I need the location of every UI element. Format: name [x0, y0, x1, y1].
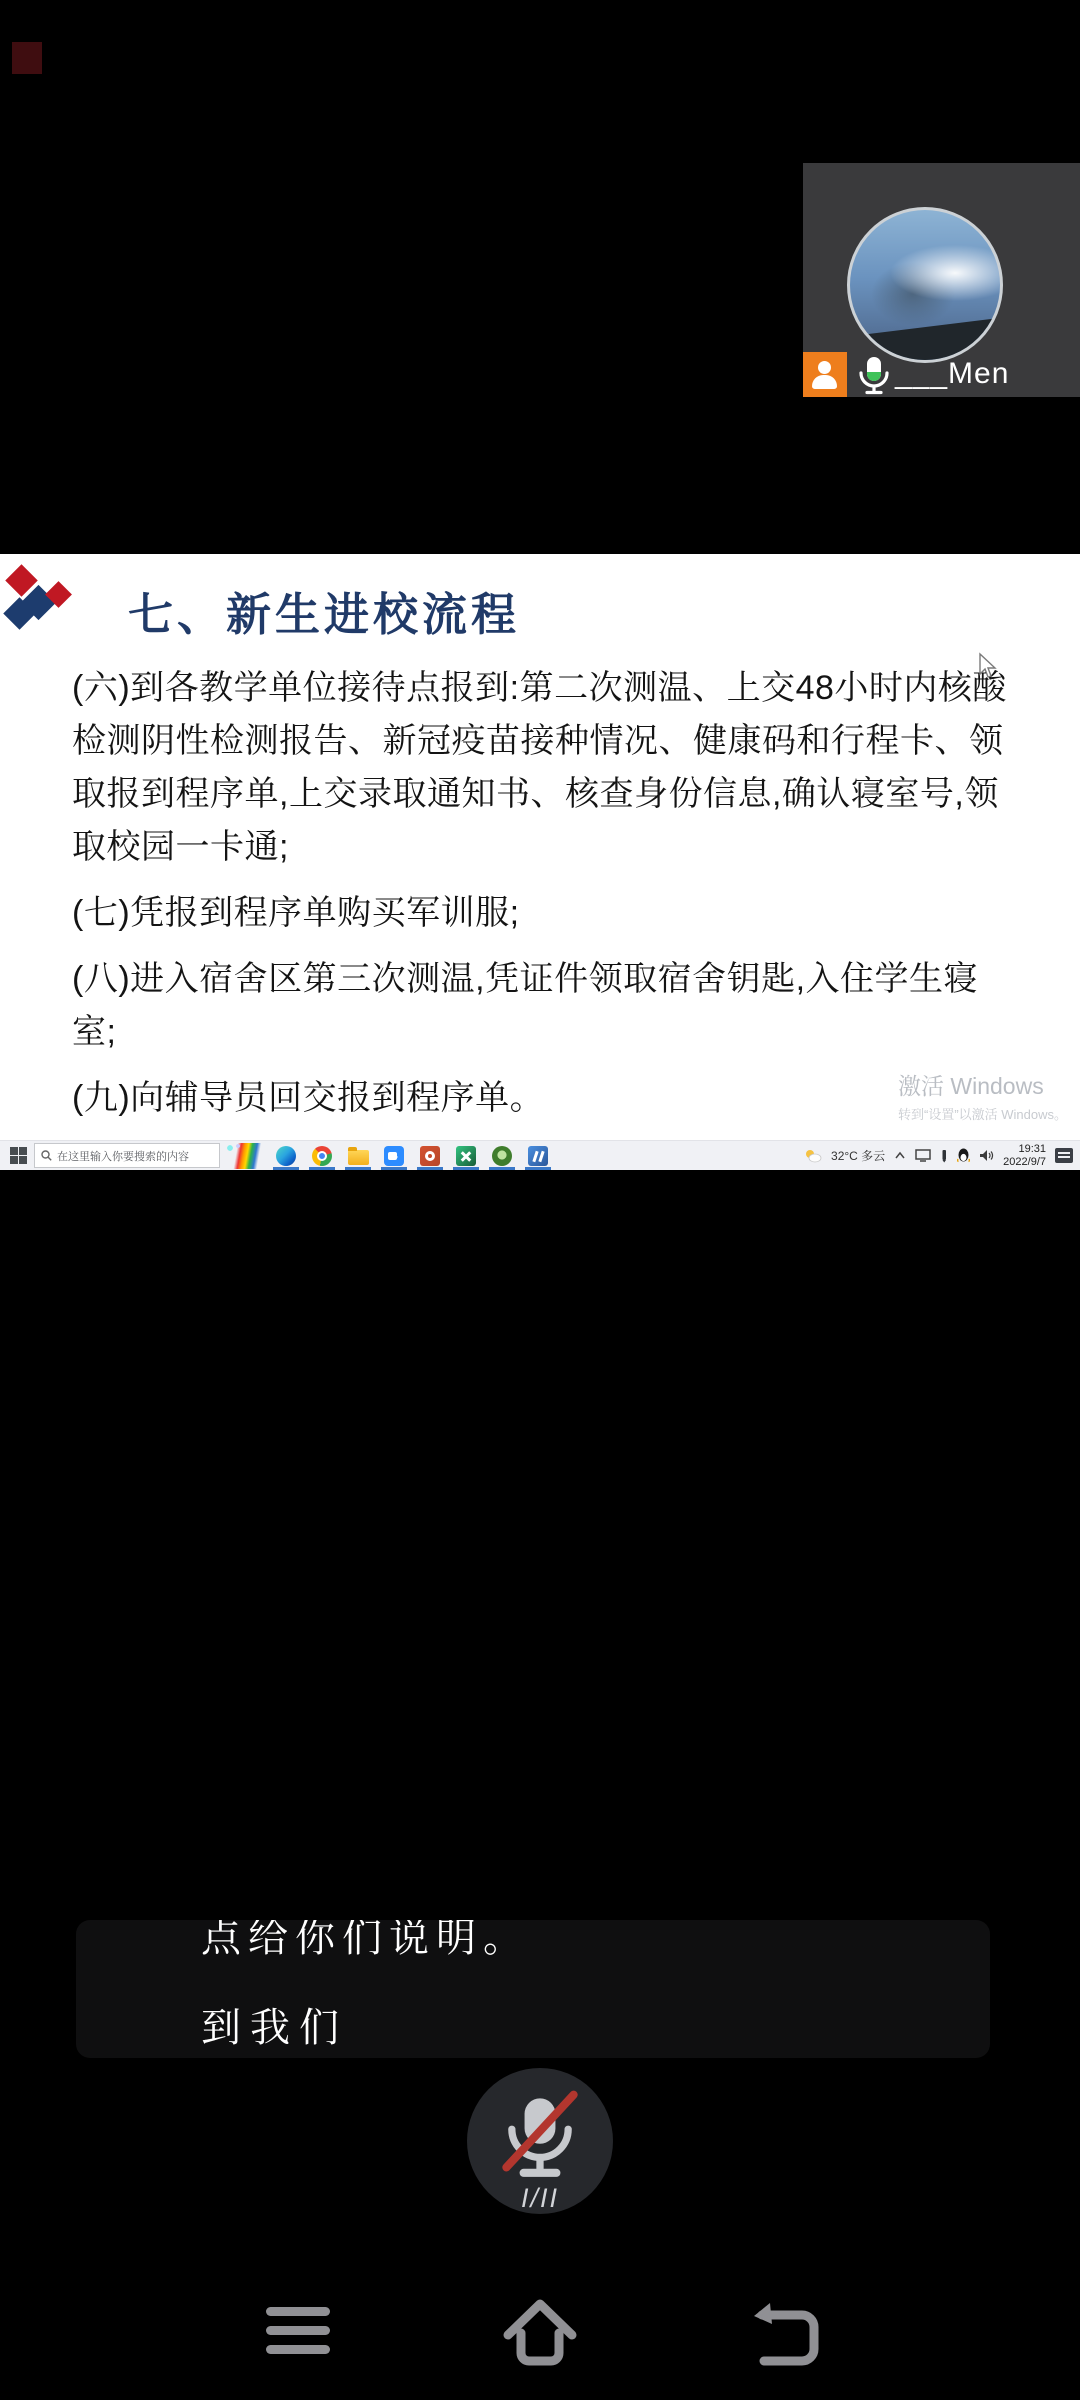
taskbar-app-edge[interactable] — [268, 1141, 304, 1170]
date-text: 2022/9/7 — [1003, 1156, 1046, 1169]
taskbar-app-file-explorer[interactable] — [340, 1141, 376, 1170]
taskbar-app-green[interactable] — [484, 1141, 520, 1170]
participant-tile-footer: ___Men — [803, 351, 1080, 397]
presentation-slide: 七、新生进校流程 (六)到各教学单位接待点报到:第二次测温、上交48小时内核酸检… — [0, 554, 1080, 1140]
participant-name: ___Men — [895, 357, 1009, 397]
slide-body: (六)到各教学单位接待点报到:第二次测温、上交48小时内核酸检测阴性检测报告、新… — [72, 662, 1022, 1138]
chrome-icon — [312, 1146, 332, 1166]
edge-icon — [276, 1146, 296, 1166]
recording-indicator — [12, 42, 42, 74]
mic-button-label: I/II — [521, 2183, 559, 2214]
word-icon — [528, 1146, 548, 1166]
qq-tray-icon[interactable] — [957, 1148, 970, 1163]
slide-paragraph: (八)进入宿舍区第三次测温,凭证件领取宿舍钥匙,入住学生寝室; — [72, 953, 1022, 1059]
slide-title: 七、新生进校流程 — [128, 578, 520, 643]
action-center-icon[interactable] — [1055, 1148, 1073, 1163]
time-text: 19:31 — [1003, 1143, 1046, 1156]
android-navigation-bar — [0, 2290, 1080, 2370]
file-explorer-icon — [348, 1150, 369, 1165]
taskbar-apps — [268, 1141, 556, 1170]
system-tray: 32°C 多云 19:31 2022/9/7 — [804, 1143, 1076, 1169]
live-captions-box: 点给你们说明。 到我们 — [76, 1920, 990, 2058]
meeting-app-screen: ___Men 七、新生进校流程 (六)到各教学单位接待点报到:第二次测温、上交4… — [0, 0, 1080, 2400]
caption-line: 点给你们说明。 — [201, 1920, 990, 1963]
participant-avatar — [847, 207, 1003, 363]
pen-tray-icon[interactable] — [940, 1149, 948, 1163]
menu-icon — [266, 2307, 330, 2316]
weather-icon — [804, 1149, 822, 1163]
display-tray-icon[interactable] — [915, 1149, 931, 1162]
screen-share-view[interactable]: 七、新生进校流程 (六)到各教学单位接待点报到:第二次测温、上交48小时内核酸检… — [0, 554, 1080, 1170]
powerpoint-icon — [420, 1146, 440, 1166]
taskbar-clock[interactable]: 19:31 2022/9/7 — [1003, 1143, 1046, 1169]
slide-paragraph: (六)到各教学单位接待点报到:第二次测温、上交48小时内核酸检测阴性检测报告、新… — [72, 662, 1022, 874]
caption-line: 到我们 — [201, 1996, 990, 2053]
mic-level-icon — [857, 355, 891, 395]
taskbar-app-word[interactable] — [520, 1141, 556, 1170]
home-icon — [498, 2293, 582, 2367]
search-icon — [41, 1150, 52, 1161]
chevron-up-icon[interactable] — [894, 1151, 906, 1160]
search-placeholder: 在这里输入你要搜索的内容 — [57, 1148, 189, 1164]
slide-paragraph: (七)凭报到程序单购买军训服; — [72, 887, 1022, 940]
participant-video-tile[interactable]: ___Men — [803, 163, 1080, 397]
slide-paragraph: (九)向辅导员回交报到程序单。 — [72, 1072, 1022, 1125]
windows-activation-watermark: 激活 Windows 转到“设置”以激活 Windows。 — [898, 1068, 1067, 1123]
weather-text[interactable]: 32°C 多云 — [831, 1147, 885, 1164]
taskbar-search-input[interactable]: 在这里输入你要搜索的内容 — [34, 1143, 220, 1168]
speaker-icon[interactable] — [979, 1149, 994, 1162]
member-role-icon — [803, 352, 847, 397]
taskbar-app-tencent-meeting[interactable] — [376, 1141, 412, 1170]
unmute-button[interactable]: I/II — [467, 2068, 613, 2214]
widgets-icon[interactable] — [224, 1143, 266, 1169]
taskbar-app-powerpoint[interactable] — [412, 1141, 448, 1170]
tencent-meeting-icon — [384, 1146, 404, 1166]
windows-taskbar: 在这里输入你要搜索的内容 32°C 多云 — [0, 1140, 1080, 1170]
excel-icon — [456, 1146, 476, 1166]
mic-muted-icon — [467, 2082, 613, 2191]
mouse-cursor-icon — [977, 652, 999, 680]
back-icon — [740, 2293, 824, 2367]
start-button[interactable] — [10, 1147, 27, 1164]
taskbar-app-excel[interactable] — [448, 1141, 484, 1170]
taskbar-app-chrome[interactable] — [304, 1141, 340, 1170]
recents-button[interactable] — [256, 2293, 340, 2367]
home-button[interactable] — [498, 2293, 582, 2367]
green-app-icon — [492, 1146, 512, 1166]
back-button[interactable] — [740, 2293, 824, 2367]
